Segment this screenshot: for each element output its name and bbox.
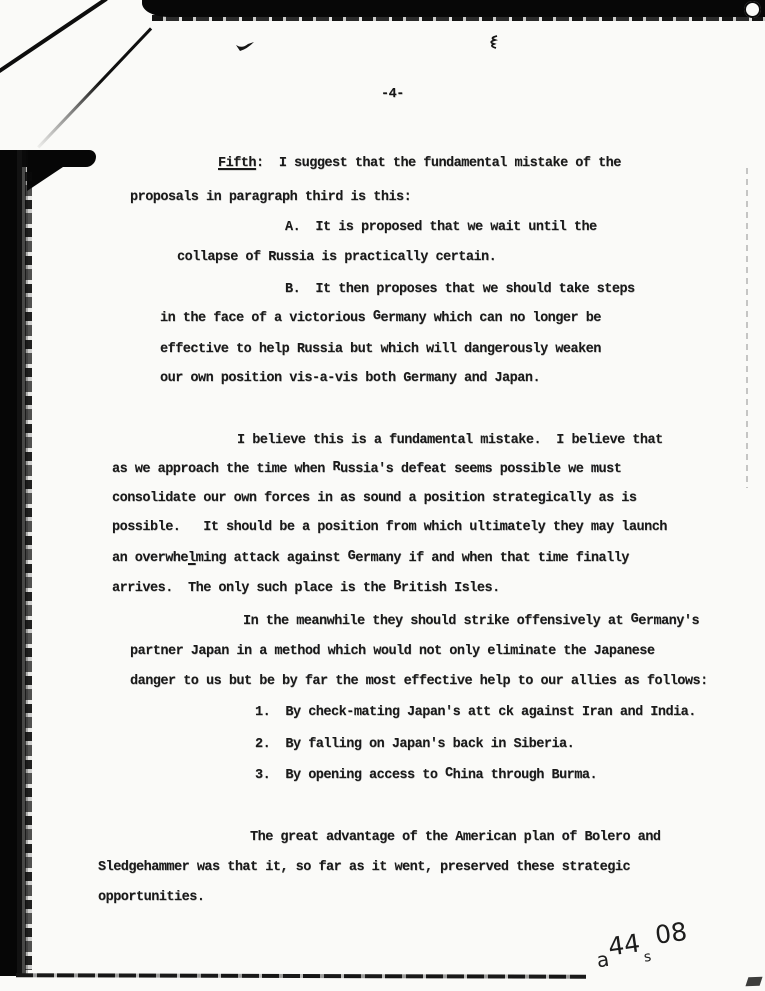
- typed-line: I believe this is a fundamental mistake.…: [237, 433, 663, 449]
- scan-left-edge-band: [0, 150, 28, 976]
- typed-line: arrives. The only such place is the Brit…: [112, 581, 500, 597]
- scan-left-edge-noise: [25, 172, 32, 970]
- ink-smudge-2: [484, 34, 502, 52]
- handwritten-segment: 44: [606, 928, 642, 961]
- handwritten-segment: s: [643, 949, 652, 966]
- scan-right-faint-line: [746, 168, 748, 488]
- typed-line: A. It is proposed that we wait until the: [285, 220, 597, 236]
- typed-line: 2. By falling on Japan's back in Siberia…: [255, 737, 574, 753]
- typed-line: danger to us but be by far the most effe…: [130, 674, 708, 690]
- handwritten-segment: 08: [653, 917, 689, 950]
- scan-top-edge-noise: [152, 15, 765, 21]
- typed-line: proposals in paragraph third is this:: [130, 190, 411, 206]
- typed-line: partner Japan in a method which would no…: [130, 644, 655, 660]
- typed-line: our own position vis-a-vis both Germany …: [160, 371, 540, 387]
- typed-line: effective to help Russia but which will …: [160, 342, 601, 358]
- typed-line: 1. By check-mating Japan's att ck agains…: [255, 705, 696, 721]
- typed-line: collapse of Russia is practically certai…: [177, 250, 496, 266]
- typed-line: as we approach the time when Russia's de…: [112, 462, 621, 478]
- handwritten-note: a44s08: [593, 924, 689, 966]
- scan-corner-diagonal-line-2: [37, 27, 152, 148]
- typed-line: in the face of a victorious Germany whic…: [160, 311, 601, 327]
- scan-left-band-taper: [27, 163, 69, 191]
- typed-line: an overwhelming attack against Germany i…: [112, 551, 629, 567]
- typed-line: possible. It should be a position from w…: [112, 520, 667, 536]
- typed-line: B. It then proposes that we should take …: [285, 282, 635, 298]
- page-number: -4-: [381, 87, 404, 102]
- typed-line: The great advantage of the American plan…: [250, 830, 660, 846]
- ink-smudge-1: [234, 40, 256, 54]
- typed-line: opportunities.: [98, 890, 204, 906]
- typed-line: consolidate our own forces in as sound a…: [112, 491, 637, 507]
- punch-hole: [744, 1, 761, 18]
- document-page: -4- Fifth: I suggest that the fundamenta…: [0, 0, 765, 991]
- typed-line: 3. By opening access to China through Bu…: [255, 768, 597, 784]
- typed-line: Sledgehammer was that it, so far as it w…: [98, 860, 630, 876]
- scan-corner-diagonal-line-1: [0, 0, 109, 74]
- scan-bottom-edge-line: [16, 973, 586, 978]
- typed-line: Fifth: I suggest that the fundamental mi…: [218, 156, 621, 172]
- typed-line: In the meanwhile they should strike offe…: [243, 614, 699, 630]
- scan-bottom-right-mark: [745, 977, 762, 986]
